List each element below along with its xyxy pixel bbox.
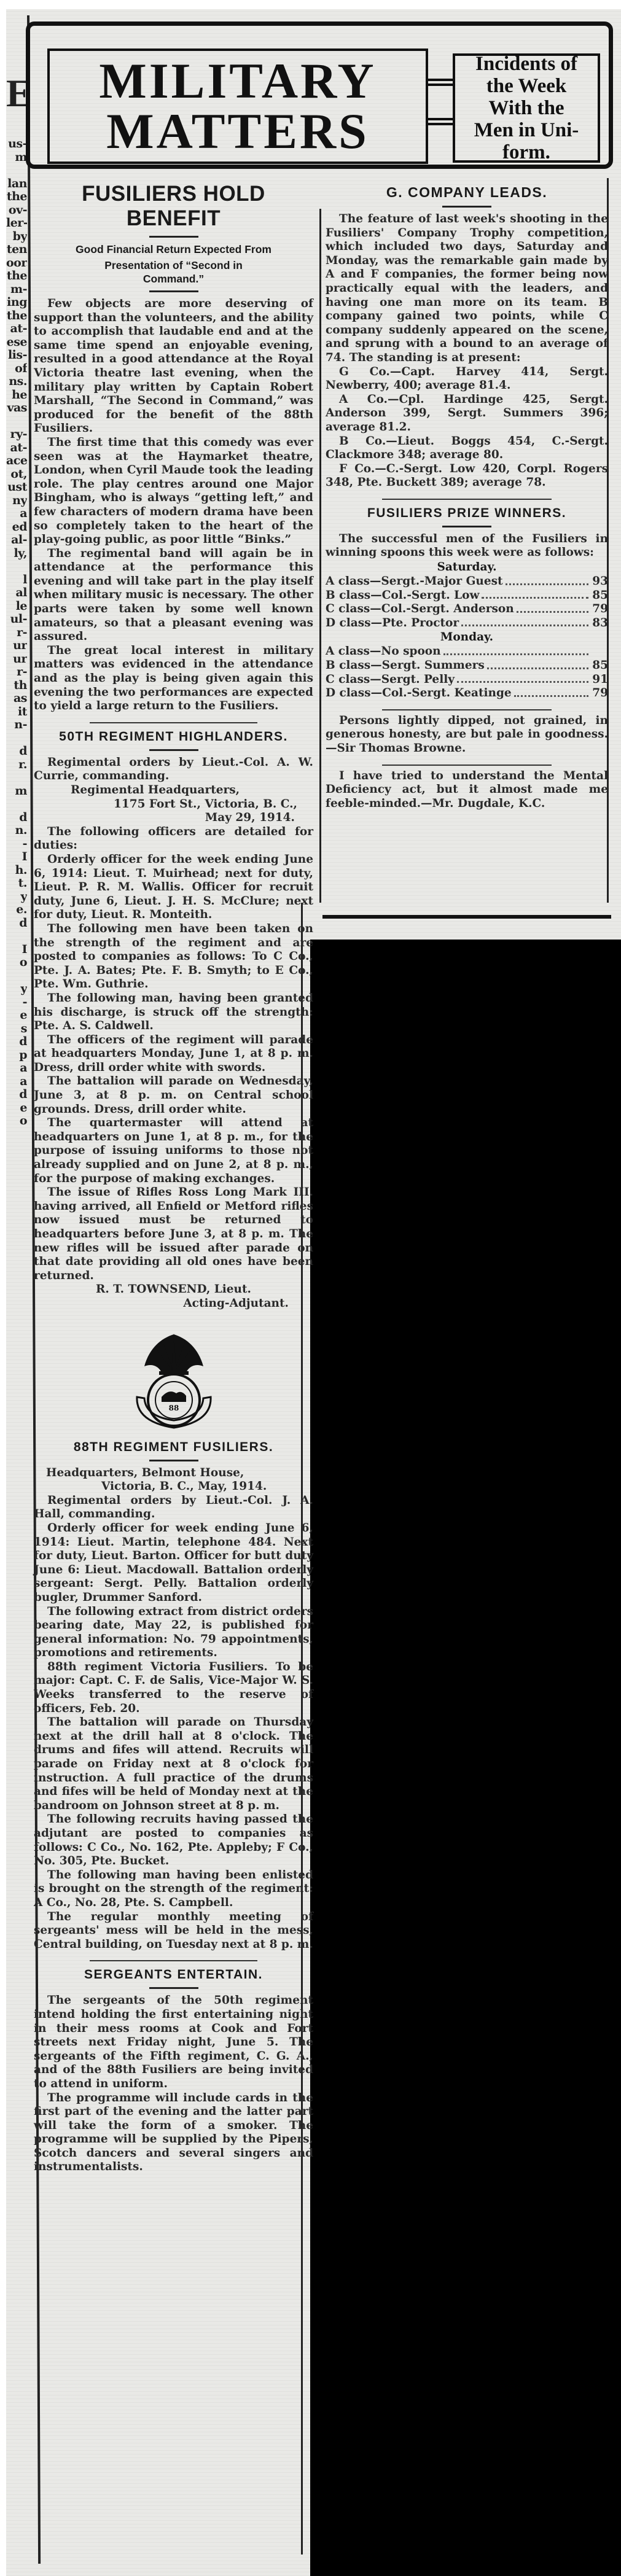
adjacent-text-fragment: he xyxy=(6,389,27,402)
article-paragraph: The officers of the regiment will parade… xyxy=(34,1033,313,1075)
divider xyxy=(442,206,491,208)
article-paragraph: The following man having been enlisted i… xyxy=(34,1869,313,1910)
article-paragraph: The following officers are detailed for … xyxy=(34,825,313,853)
article-paragraph: Orderly officer for the week ending June… xyxy=(34,853,313,922)
divider xyxy=(382,709,552,710)
prize-winner: B class—Sergt. Summers xyxy=(326,659,485,673)
article-paragraph: The issue of Rifles Ross Long Mark III. … xyxy=(34,1186,313,1283)
article-paragraph: The successful men of the Fusiliers in w… xyxy=(326,532,608,560)
article-deck: Good Financial Return Expected From xyxy=(34,243,313,256)
leader-dots xyxy=(514,687,588,697)
adjacent-text-fragment: m xyxy=(6,151,27,165)
banner-subtitle-line: Incidents of xyxy=(475,53,577,75)
address-line: Headquarters, Belmont House, xyxy=(34,1466,313,1481)
prize-score: 85 xyxy=(591,589,608,603)
prize-row: D class—Col.-Sergt. Keatinge79 xyxy=(326,687,608,701)
divider xyxy=(149,236,198,238)
prize-day-heading: Saturday. xyxy=(326,560,608,575)
signature-name: R. T. TOWNSEND, Lieut. xyxy=(34,1283,313,1297)
leader-dots xyxy=(457,673,588,683)
leader-dots xyxy=(506,575,588,585)
adjacent-text-fragment xyxy=(6,560,27,574)
prize-winner: C class—Col.-Sergt. Anderson xyxy=(326,602,514,617)
banner-connector xyxy=(428,118,453,125)
adjacent-text-fragment: the xyxy=(6,309,27,323)
adjacent-text-fragment: at- xyxy=(6,322,27,336)
adjacent-text-fragment xyxy=(6,970,27,983)
adjacent-text-fragment: by xyxy=(6,230,27,244)
adjacent-text-fragment: y xyxy=(6,890,27,904)
prize-winner: C class—Sergt. Pelly xyxy=(326,673,455,687)
article-paragraph: Regimental orders by Lieut.-Col. A. W. C… xyxy=(34,756,313,784)
article-paragraph: The battalion will parade on Wednesday, … xyxy=(34,1075,313,1116)
prize-row: B class—Sergt. Summers85 xyxy=(326,659,608,673)
article-sergeants-entertain: SERGEANTS ENTERTAIN. The sergeants of th… xyxy=(34,1967,313,2174)
adjacent-text-fragment: m- xyxy=(6,283,27,297)
leader-dots xyxy=(443,645,588,655)
adjacent-text-fragment: d xyxy=(6,917,27,930)
adjacent-text-fragment: it xyxy=(6,706,27,719)
address-line: 1175 Fort St., Victoria, B. C., xyxy=(34,798,313,812)
prize-score xyxy=(591,645,608,659)
adjacent-text-fragment: th xyxy=(6,679,27,693)
divider xyxy=(149,1987,198,1989)
adjacent-text-fragment: h. xyxy=(6,864,27,877)
divider xyxy=(90,722,257,723)
adjacent-text-fragment: the xyxy=(6,190,27,204)
adjacent-text-fragment: us- xyxy=(6,138,27,151)
banner-subtitle-line: Men in Uni- xyxy=(474,119,579,141)
article-paragraph: The sergeants of the 50th regiment inten… xyxy=(34,1994,313,2091)
article-paragraph: The programme will include cards in the … xyxy=(34,2092,313,2175)
adjacent-text-fragment xyxy=(6,771,27,785)
adjacent-text-fragment: y xyxy=(6,983,27,996)
article-headline: SERGEANTS ENTERTAIN. xyxy=(34,1967,313,1982)
section-end-rule xyxy=(322,915,611,919)
adjacent-text-fragment: ust xyxy=(6,481,27,494)
adjacent-text-fragment: l xyxy=(6,574,27,587)
adjacent-text-fragment: ns. xyxy=(6,375,27,389)
adjacent-text-fragment: ur xyxy=(6,639,27,653)
adjacent-text-fragment: p xyxy=(6,1049,27,1062)
adjacent-text-fragment: of xyxy=(6,362,27,376)
adjacent-text-fragment xyxy=(6,415,27,429)
banner-title-line-2: MATTERS xyxy=(106,106,369,157)
adjacent-text-fragment: as xyxy=(6,692,27,706)
prize-score: 93 xyxy=(591,575,608,589)
divider xyxy=(382,499,552,500)
adjacent-text-fragment: ing xyxy=(6,296,27,309)
address-line: May 29, 1914. xyxy=(34,811,313,825)
adjacent-text-fragment: a xyxy=(6,507,27,521)
divider xyxy=(382,765,552,766)
adjacent-text-fragment: - xyxy=(6,838,27,851)
article-headline: FUSILIERS PRIZE WINNERS. xyxy=(326,506,608,521)
prize-row: A class—No spoon xyxy=(326,645,608,659)
article-paragraph: The regimental band will again be in att… xyxy=(34,547,313,644)
adjacent-text-fragment: r- xyxy=(6,666,27,679)
prize-winner: D class—Pte. Proctor xyxy=(326,617,459,631)
article-paragraph: The quartermaster will attend at headqua… xyxy=(34,1116,313,1186)
adjacent-text-fragment: vas xyxy=(6,402,27,415)
article-headline: FUSILIERS HOLD BENEFIT xyxy=(34,182,313,231)
adjacent-text-fragment: d xyxy=(6,811,27,825)
adjacent-text-fragment: ny xyxy=(6,494,27,508)
divider xyxy=(149,1460,198,1461)
adjacent-text-fragment: ov- xyxy=(6,204,27,217)
address-line: Victoria, B. C., May, 1914. xyxy=(34,1480,313,1494)
prize-score: 79 xyxy=(591,687,608,701)
adjacent-text-fragment xyxy=(6,732,27,745)
leader-dots xyxy=(517,602,588,613)
prize-winner: A class—Sergt.-Major Guest xyxy=(326,575,503,589)
prize-winner: A class—No spoon xyxy=(326,645,441,659)
adjacent-text-fragment: d xyxy=(6,1088,27,1102)
adjacent-text-fragment: the xyxy=(6,270,27,283)
article-paragraph: 88th regiment Victoria Fusiliers. To be … xyxy=(34,1660,313,1716)
prize-row: C class—Sergt. Pelly91 xyxy=(326,673,608,687)
left-column: FUSILIERS HOLD BENEFIT Good Financial Re… xyxy=(34,178,313,2174)
article-paragraph: The feature of last week's shooting in t… xyxy=(326,212,608,365)
article-deck: Command.” xyxy=(34,272,313,286)
prize-score: 85 xyxy=(591,659,608,673)
leader-dots xyxy=(482,589,588,599)
banner-subtitle-line: With the xyxy=(488,97,564,119)
company-standing: G Co.—Capt. Harvey 414, Sergt. Newberry,… xyxy=(326,365,608,393)
adjacent-text-fragment: n. xyxy=(6,824,27,838)
prize-row: C class—Col.-Sergt. Anderson79 xyxy=(326,602,608,617)
banner-title-line-1: MILITARY xyxy=(99,56,376,106)
article-fusiliers-benefit: FUSILIERS HOLD BENEFIT Good Financial Re… xyxy=(34,182,313,714)
adjacent-text-fragment: - xyxy=(6,996,27,1010)
banner-title-box: MILITARY MATTERS xyxy=(47,49,428,164)
adjacent-text-fragment: le xyxy=(6,600,27,613)
adjacent-text-fragment: r- xyxy=(6,626,27,640)
article-paragraph: The battalion will parade on Thursday ne… xyxy=(34,1716,313,1813)
article-paragraph: The following extract from district orde… xyxy=(34,1605,313,1660)
article-headline: 88TH REGIMENT FUSILIERS. xyxy=(34,1440,313,1455)
banner-subtitle-box: Incidents of the Week With the Men in Un… xyxy=(453,53,600,163)
company-standing: A Co.—Cpl. Hardinge 425, Sergt. Anderson… xyxy=(326,393,608,435)
adjacent-text-fragment: ly, xyxy=(6,547,27,561)
adjacent-text-fragment: al- xyxy=(6,534,27,547)
adjacent-text-fragment: ese xyxy=(6,336,27,349)
column-divider-center xyxy=(319,209,321,903)
adjacent-text-fragment: lis- xyxy=(6,349,27,362)
adjacent-text-fragment: al xyxy=(6,586,27,600)
adjacent-text-fragment: r. xyxy=(6,758,27,772)
quote-browne: Persons lightly dipped, not grained, in … xyxy=(326,714,608,756)
prize-winner: D class—Col.-Sergt. Keatinge xyxy=(326,687,512,701)
adjacent-column-text: us-m lantheov-ler-bytenoor.them-ingtheat… xyxy=(6,138,27,1128)
adjacent-text-fragment: m xyxy=(6,785,27,798)
leader-dots xyxy=(461,617,588,627)
adjacent-text-fragment: e xyxy=(6,1009,27,1022)
adjacent-text-fragment: t. xyxy=(6,877,27,890)
article-paragraph: The following recruits having passed the… xyxy=(34,1813,313,1868)
adjacent-text-fragment: o xyxy=(6,1115,27,1128)
article-paragraph: The following man, having been granted h… xyxy=(34,992,313,1033)
adjacent-text-fragment: ry- xyxy=(6,428,27,442)
article-paragraph: The first time that this comedy was ever… xyxy=(34,436,313,547)
company-standing: F Co.—C.-Sergt. Low 420, Corpl. Rogers 3… xyxy=(326,462,608,490)
adjacent-text-fragment: d xyxy=(6,745,27,758)
article-prize-winners: FUSILIERS PRIZE WINNERS. The successful … xyxy=(326,506,608,701)
article-headline: G. COMPANY LEADS. xyxy=(326,184,608,201)
adjacent-text-fragment: ten xyxy=(6,243,27,257)
adjacent-text-fragment: d xyxy=(6,1035,27,1049)
prize-score: 79 xyxy=(591,602,608,617)
adjacent-text-fragment: a xyxy=(6,1075,27,1089)
quote-dugdale: I have tried to understand the Mental De… xyxy=(326,769,608,811)
right-column: G. COMPANY LEADS. The feature of last we… xyxy=(326,178,608,811)
section-banner: MILITARY MATTERS Incidents of the Week W… xyxy=(26,21,613,169)
article-88th-fusiliers: 88 88TH REGIMENT FUSILIERS. Headquarters… xyxy=(34,1329,313,1952)
blank-scan-region xyxy=(310,940,621,2576)
prize-row: B class—Col.-Sergt. Low85 xyxy=(326,589,608,603)
divider xyxy=(149,749,198,751)
adjacent-text-fragment: ur xyxy=(6,653,27,666)
company-standing: B Co.—Lieut. Boggs 454, C.-Sergt. Clackm… xyxy=(326,435,608,462)
adjacent-text-fragment: ul- xyxy=(6,613,27,626)
divider xyxy=(90,1960,257,1961)
adjacent-text-fragment: s xyxy=(6,1022,27,1036)
adjacent-text-fragment: I xyxy=(6,850,27,864)
article-paragraph: The great local interest in military mat… xyxy=(34,644,313,714)
banner-connector xyxy=(428,79,453,86)
prize-list: Saturday.A class—Sergt.-Major Guest93B c… xyxy=(326,560,608,701)
adjacent-masthead-fragment: ER xyxy=(6,74,27,113)
article-paragraph: Few objects are more deserving of suppor… xyxy=(34,297,313,436)
article-deck: Presentation of “Second in xyxy=(34,259,313,272)
adjacent-text-fragment: oor. xyxy=(6,257,27,270)
adjacent-text-fragment: a xyxy=(6,1062,27,1075)
svg-text:88: 88 xyxy=(168,1404,179,1412)
adjacent-text-fragment: e. xyxy=(6,903,27,917)
article-paragraph: Regimental orders by Lieut.-Col. J. A. H… xyxy=(34,1494,313,1522)
adjacent-text-fragment: ed xyxy=(6,521,27,534)
prize-score: 83 xyxy=(591,617,608,631)
article-paragraph: The following men have been taken on the… xyxy=(34,922,313,992)
adjacent-text-fragment xyxy=(6,164,27,177)
divider xyxy=(149,290,198,292)
prize-row: A class—Sergt.-Major Guest93 xyxy=(326,575,608,589)
prize-score: 91 xyxy=(591,673,608,687)
adjacent-text-fragment: o xyxy=(6,956,27,970)
adjacent-text-fragment: I xyxy=(6,943,27,957)
adjacent-column-fragments: ER us-m lantheov-ler-bytenoor.them-ingth… xyxy=(6,37,27,2555)
banner-subtitle-line: the Week xyxy=(486,75,566,97)
leader-dots xyxy=(487,659,588,669)
adjacent-text-fragment: lan xyxy=(6,177,27,191)
adjacent-text-fragment xyxy=(6,798,27,811)
banner-subtitle-line: form. xyxy=(502,141,550,163)
prize-day-heading: Monday. xyxy=(326,630,608,645)
adjacent-text-fragment: n- xyxy=(6,718,27,732)
adjacent-text-fragment: e xyxy=(6,1102,27,1115)
adjacent-text-fragment: ace xyxy=(6,454,27,468)
adjacent-text-fragment xyxy=(6,930,27,943)
address-line: Regimental Headquarters, xyxy=(34,784,313,798)
article-headline: 50TH REGIMENT HIGHLANDERS. xyxy=(34,730,313,744)
adjacent-text-fragment: at- xyxy=(6,442,27,455)
adjacent-text-fragment: ot, xyxy=(6,468,27,481)
fusiliers-grenade-crest-icon: 88 xyxy=(125,1329,223,1434)
article-g-company-leads: G. COMPANY LEADS. The feature of last we… xyxy=(326,184,608,490)
divider xyxy=(442,526,491,527)
prize-winner: B class—Col.-Sergt. Low xyxy=(326,589,479,603)
prize-row: D class—Pte. Proctor83 xyxy=(326,617,608,631)
article-50th-highlanders: 50TH REGIMENT HIGHLANDERS. Regimental or… xyxy=(34,730,313,1311)
article-paragraph: The regular monthly meeting of sergeants… xyxy=(34,1910,313,1952)
signature-title: Acting-Adjutant. xyxy=(34,1297,313,1311)
article-paragraph: Orderly officer for week ending June 6, … xyxy=(34,1522,313,1605)
adjacent-text-fragment: ler- xyxy=(6,217,27,230)
